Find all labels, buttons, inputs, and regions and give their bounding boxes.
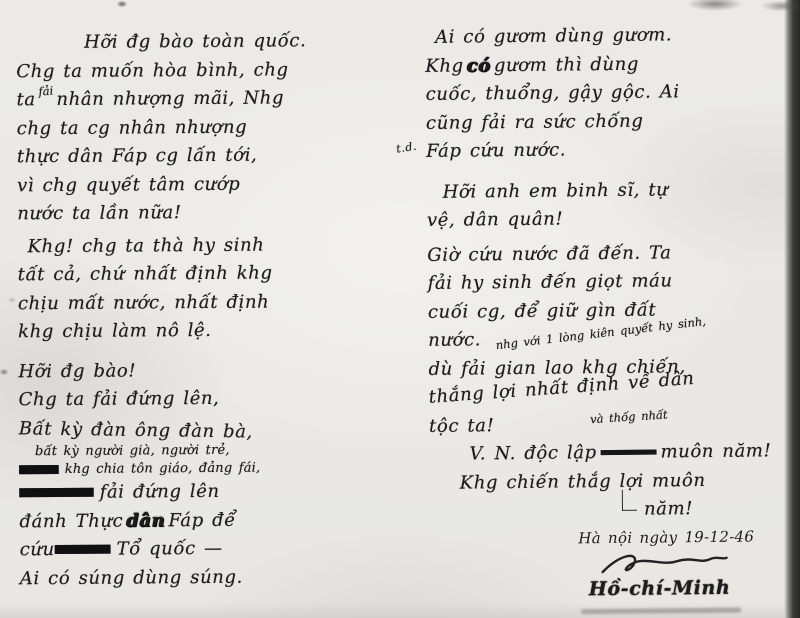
handwritten-line: khg chịu làm nô lệ. <box>18 316 384 347</box>
handwritten-line: vì chg quyết tâm cướp <box>17 169 383 200</box>
strikethrough-scribble: ——— <box>55 539 111 560</box>
signature-name: Hồ-chí-Minh <box>431 575 797 607</box>
handwritten-line: Bất kỳ đàn ông đàn bà, <box>19 415 385 449</box>
handwritten-line: nước.nhg với 1 lòng kiên quyết hy sinh, <box>428 323 794 355</box>
handwritten-line: Chg ta muốn hòa bình, chg <box>16 55 382 86</box>
line-text: khg chia tôn giáo, đảng fái, <box>65 461 261 477</box>
handwritten-line: Hỡi anh em binh sĩ, tự <box>427 175 793 207</box>
handwritten-line: Khgcógươm thì dùng <box>425 49 791 81</box>
handwritten-line: nước ta lần nữa! <box>17 198 383 229</box>
handwritten-line: vệ, dân quân! <box>427 203 793 235</box>
line-text: cứu <box>20 539 55 560</box>
handwritten-line: đánh ThựcdânFáp để <box>19 505 385 536</box>
handwritten-line: tất cả, chứ nhất định khg <box>18 259 384 290</box>
handwritten-line: Giờ cứu nước đã đến. Ta <box>427 238 793 270</box>
handwritten-line: cứu———Tổ quốc — <box>20 534 386 565</box>
handwritten-line: cũng fải ra sức chống <box>426 106 792 138</box>
line-text: nước. <box>428 329 481 351</box>
handwritten-line: Hỡi đg bào! <box>18 355 384 386</box>
line-text: gươm thì dùng <box>494 53 639 76</box>
handwritten-line: V. N. độc lập———muôn năm! <box>429 437 795 469</box>
line-text: ta <box>16 89 35 110</box>
handwritten-line: Hỡi đg bào toàn quốc. <box>16 27 382 58</box>
letter-left-page: Hỡi đg bào toàn quốc. Chg ta muốn hòa bì… <box>16 27 386 594</box>
interline-insert: fải <box>38 86 54 98</box>
strikethrough-scribble: ———— <box>19 482 94 504</box>
line-text: Fáp cứu nước. <box>426 139 566 161</box>
ink-smudge <box>581 607 741 614</box>
handwritten-line: thực dân Fáp cg lấn tới, <box>17 141 383 172</box>
line-text: Khg <box>425 55 464 76</box>
handwritten-line: Ai có súng dùng súng. <box>20 562 386 593</box>
handwritten-line: Khg chiến thắg lợi muôn <box>430 466 796 498</box>
handwritten-line: t.d.Fáp cứu nước. <box>426 134 792 166</box>
interline-insert: và thốg nhất <box>590 409 668 425</box>
handwritten-line: chịu mất nước, nhất định <box>18 287 384 318</box>
handwritten-line: ————fải đứng lên <box>19 477 385 508</box>
handwritten-line: tafảinhân nhượng mãi, Nhg <box>16 84 382 115</box>
handwritten-line: cuối cg, để giữ gìn đất <box>428 295 794 327</box>
strikethrough-scribble: ——— <box>601 442 657 464</box>
line-text: nhân nhượng mãi, Nhg <box>56 87 284 110</box>
line-text: Fáp để <box>168 509 236 530</box>
handwritten-line: năm! <box>430 494 796 526</box>
handwritten-line: Chg ta fải đứng lên, <box>19 384 385 415</box>
handwritten-line: chg ta cg nhân nhượng <box>17 112 383 143</box>
handwritten-line: fải hy sinh đến giọt máu <box>427 266 793 298</box>
handwritten-line: tộc ta!và thốg nhất <box>429 409 795 441</box>
line-text: muôn năm! <box>660 440 771 462</box>
handwritten-line: Ai có gươm dùng gươm. <box>425 20 791 52</box>
margin-insert: t.d. <box>396 141 418 155</box>
line-text: Tổ quốc — <box>116 538 222 560</box>
line-text: đánh Thực <box>19 510 123 532</box>
line-text: tộc ta! <box>429 415 494 437</box>
handwritten-line: Khg! chg ta thà hy sinh <box>17 230 383 261</box>
letter-right-page: Ai có gươm dùng gươm. Khgcógươm thì dùng… <box>425 20 797 615</box>
date-line: Hà nội ngày 19-12-46 <box>430 523 796 553</box>
signature-flourish <box>430 549 796 579</box>
scanned-letter-photo: Hỡi đg bào toàn quốc. Chg ta muốn hòa bì… <box>0 0 800 618</box>
strikethrough-scribble: ——— <box>19 462 59 477</box>
ink-blot-word: dân <box>126 510 165 531</box>
ink-blot-word: có <box>467 55 491 76</box>
handwritten-line: cuốc, thuổng, gậy gộc. Ai <box>426 77 792 109</box>
line-text: V. N. độc lập <box>469 442 597 464</box>
line-text: fải đứng lên <box>100 481 220 503</box>
